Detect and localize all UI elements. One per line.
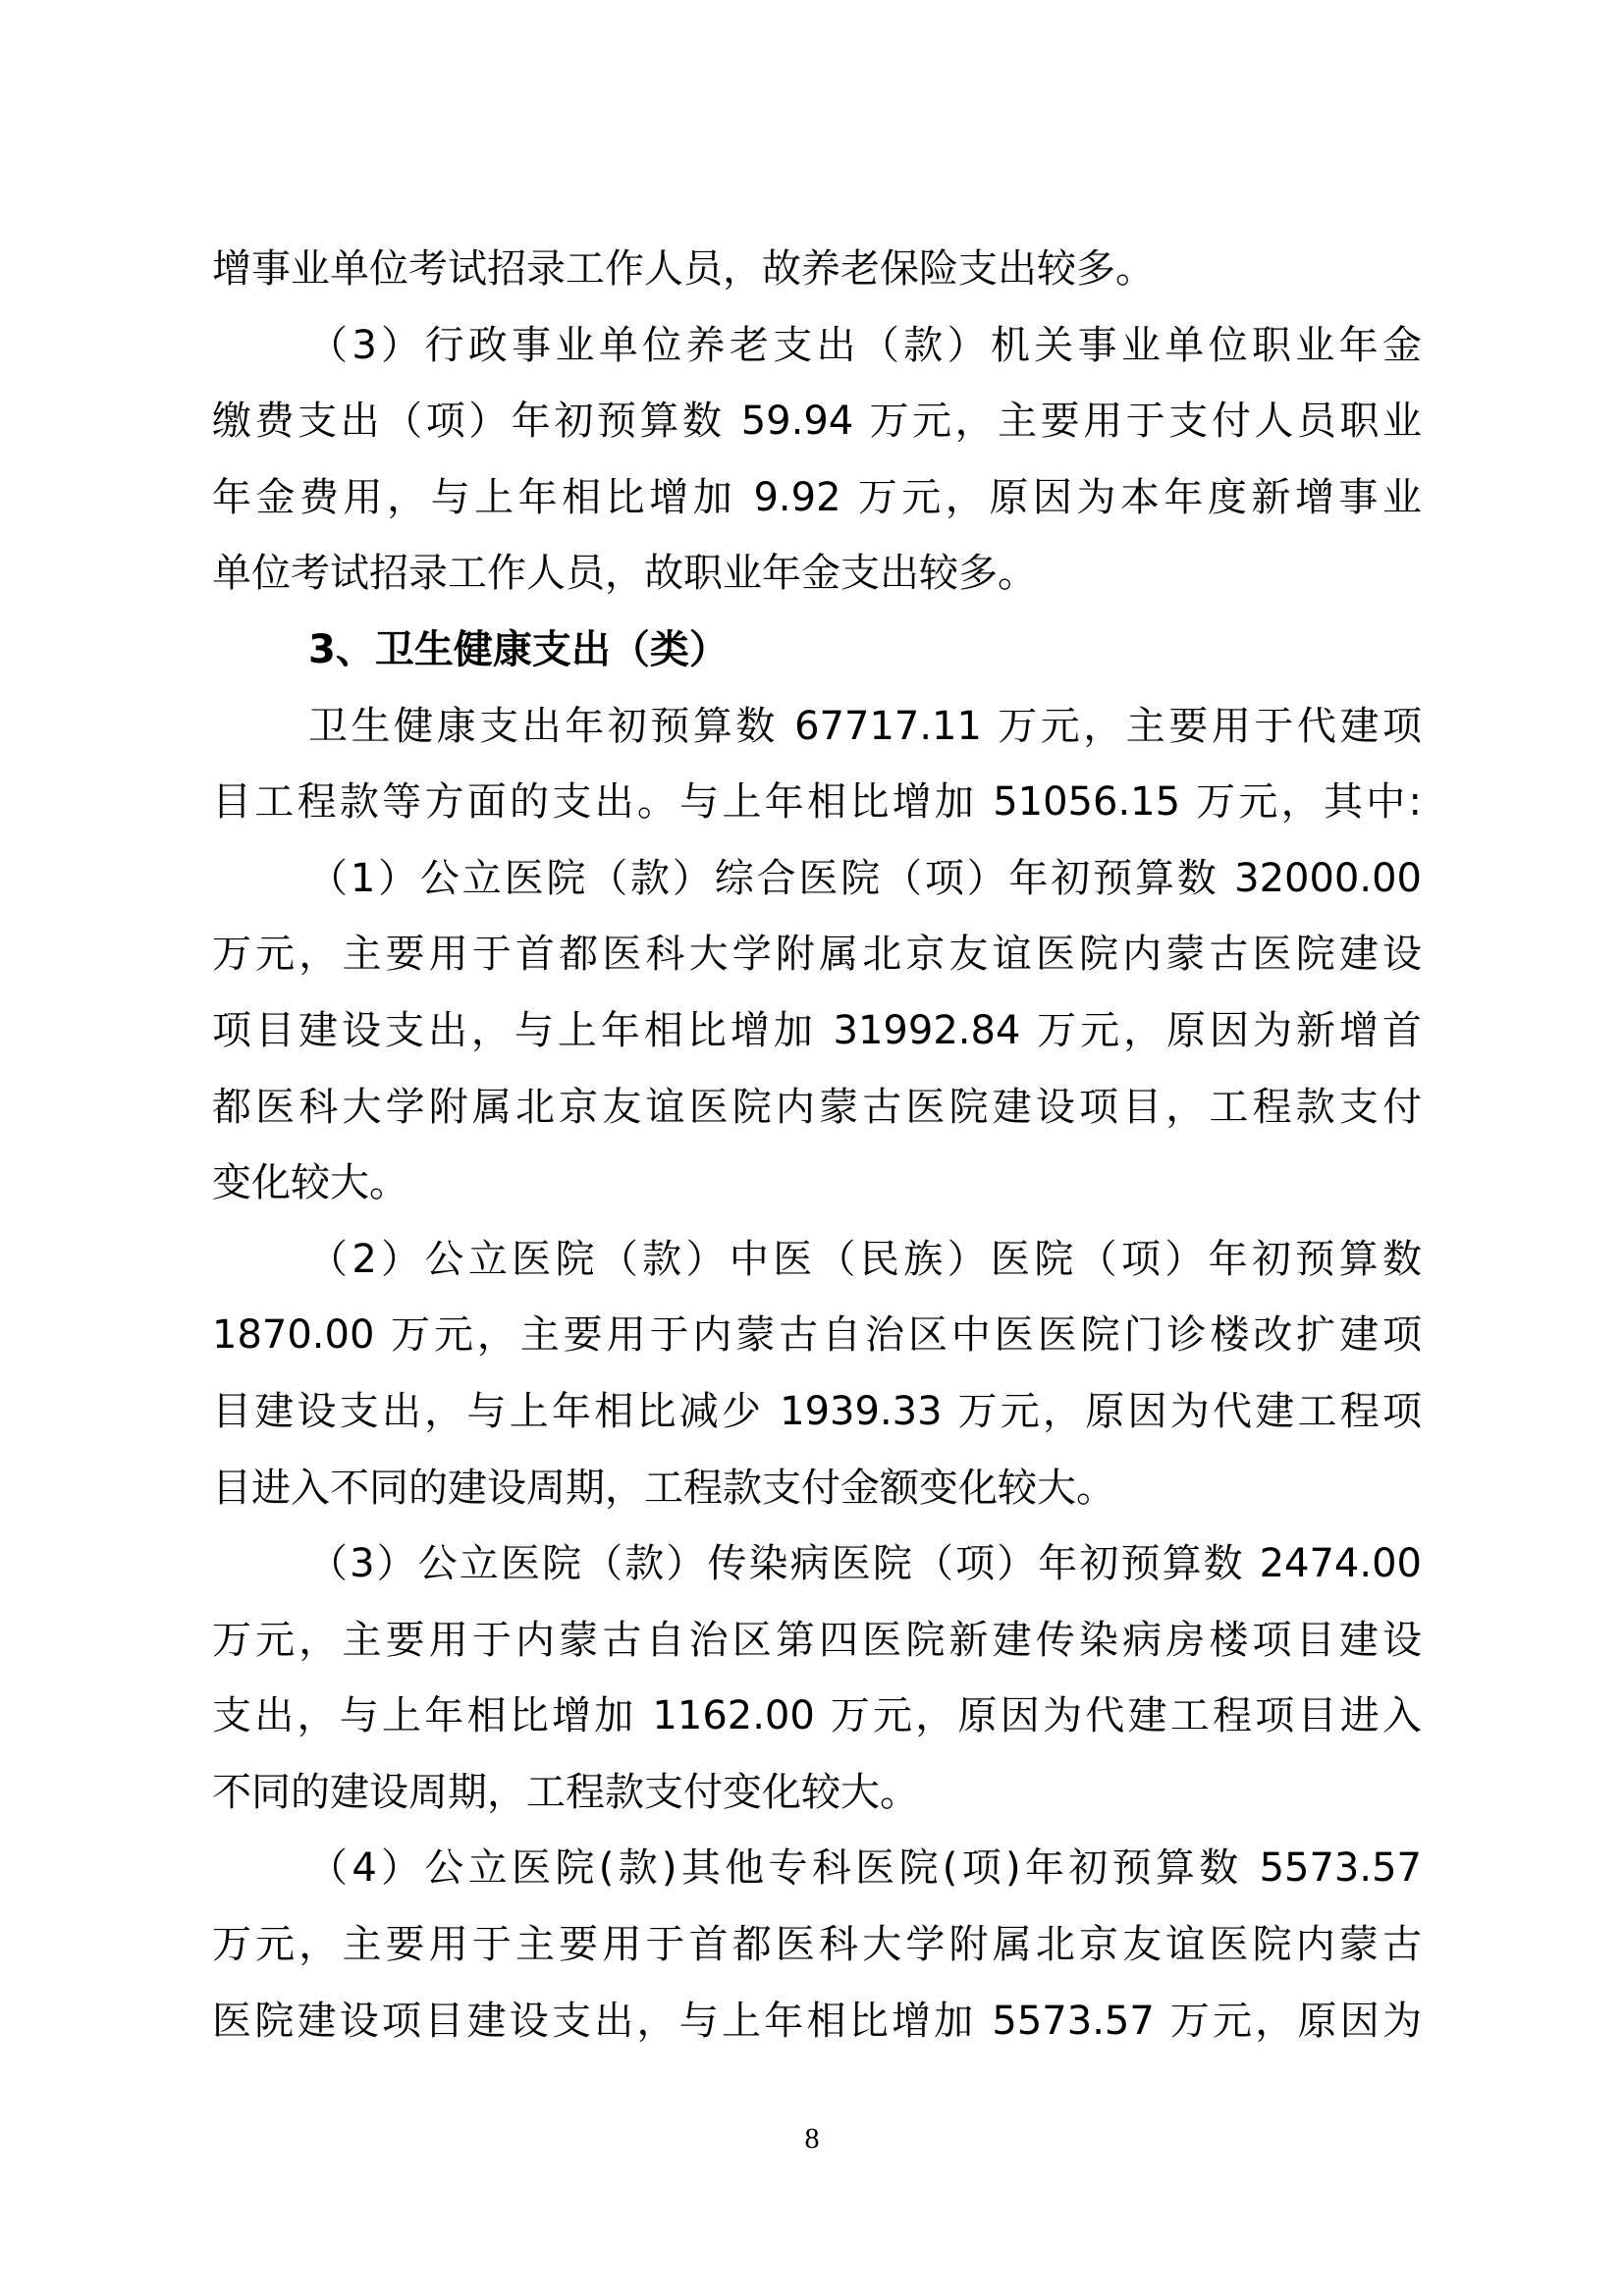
text-line: 年金费用，与上年相比增加 9.92 万元，原因为本年度新增事业 xyxy=(212,460,1422,537)
text-line: 目建设支出，与上年相比减少 1939.33 万元，原因为代建工程项 xyxy=(212,1374,1422,1451)
text-line: 目进入不同的建设周期，工程款支付金额变化较大。 xyxy=(212,1451,1422,1527)
text-line: （3）公立医院（款）传染病医院（项）年初预算数 2474.00 xyxy=(212,1526,1422,1603)
text-line: （1）公立医院（款）综合医院（项）年初预算数 32000.00 xyxy=(212,841,1422,918)
text-line: 目工程款等方面的支出。与上年相比增加 51056.15 万元，其中: xyxy=(212,765,1422,841)
text-line: 不同的建设周期，工程款支付变化较大。 xyxy=(212,1755,1422,1832)
text-line: 万元，主要用于首都医科大学附属北京友谊医院内蒙古医院建设 xyxy=(212,917,1422,993)
text-line: 1870.00 万元，主要用于内蒙古自治区中医医院门诊楼改扩建项 xyxy=(212,1298,1422,1374)
text-line: （2）公立医院（款）中医（民族）医院（项）年初预算数 xyxy=(212,1222,1422,1299)
text-line: 增事业单位考试招录工作人员，故养老保险支出较多。 xyxy=(212,232,1422,308)
text-line: 万元，主要用于主要用于首都医科大学附属北京友谊医院内蒙古 xyxy=(212,1907,1422,1984)
section-heading: 3、卫生健康支出（类） xyxy=(212,613,1422,689)
text-line: 支出，与上年相比增加 1162.00 万元，原因为代建工程项目进入 xyxy=(212,1679,1422,1755)
text-line: 医院建设项目建设支出，与上年相比增加 5573.57 万元，原因为 xyxy=(212,1984,1422,2060)
page-number: 8 xyxy=(0,2122,1624,2156)
text-line: 单位考试招录工作人员，故职业年金支出较多。 xyxy=(212,536,1422,613)
text-line: （3）行政事业单位养老支出（款）机关事业单位职业年金 xyxy=(212,308,1422,385)
text-line: 都医科大学附属北京友谊医院内蒙古医院建设项目，工程款支付 xyxy=(212,1070,1422,1147)
text-line: 万元，主要用于内蒙古自治区第四医院新建传染病房楼项目建设 xyxy=(212,1603,1422,1680)
text-line: （4）公立医院(款)其他专科医院(项)年初预算数 5573.57 xyxy=(212,1831,1422,1907)
text-line: 卫生健康支出年初预算数 67717.11 万元，主要用于代建项 xyxy=(212,689,1422,766)
text-line: 项目建设支出，与上年相比增加 31992.84 万元，原因为新增首 xyxy=(212,993,1422,1070)
text-line: 变化较大。 xyxy=(212,1146,1422,1222)
text-line: 缴费支出（项）年初预算数 59.94 万元，主要用于支付人员职业 xyxy=(212,384,1422,460)
document-body: 增事业单位考试招录工作人员，故养老保险支出较多。（3）行政事业单位养老支出（款）… xyxy=(212,232,1422,2059)
